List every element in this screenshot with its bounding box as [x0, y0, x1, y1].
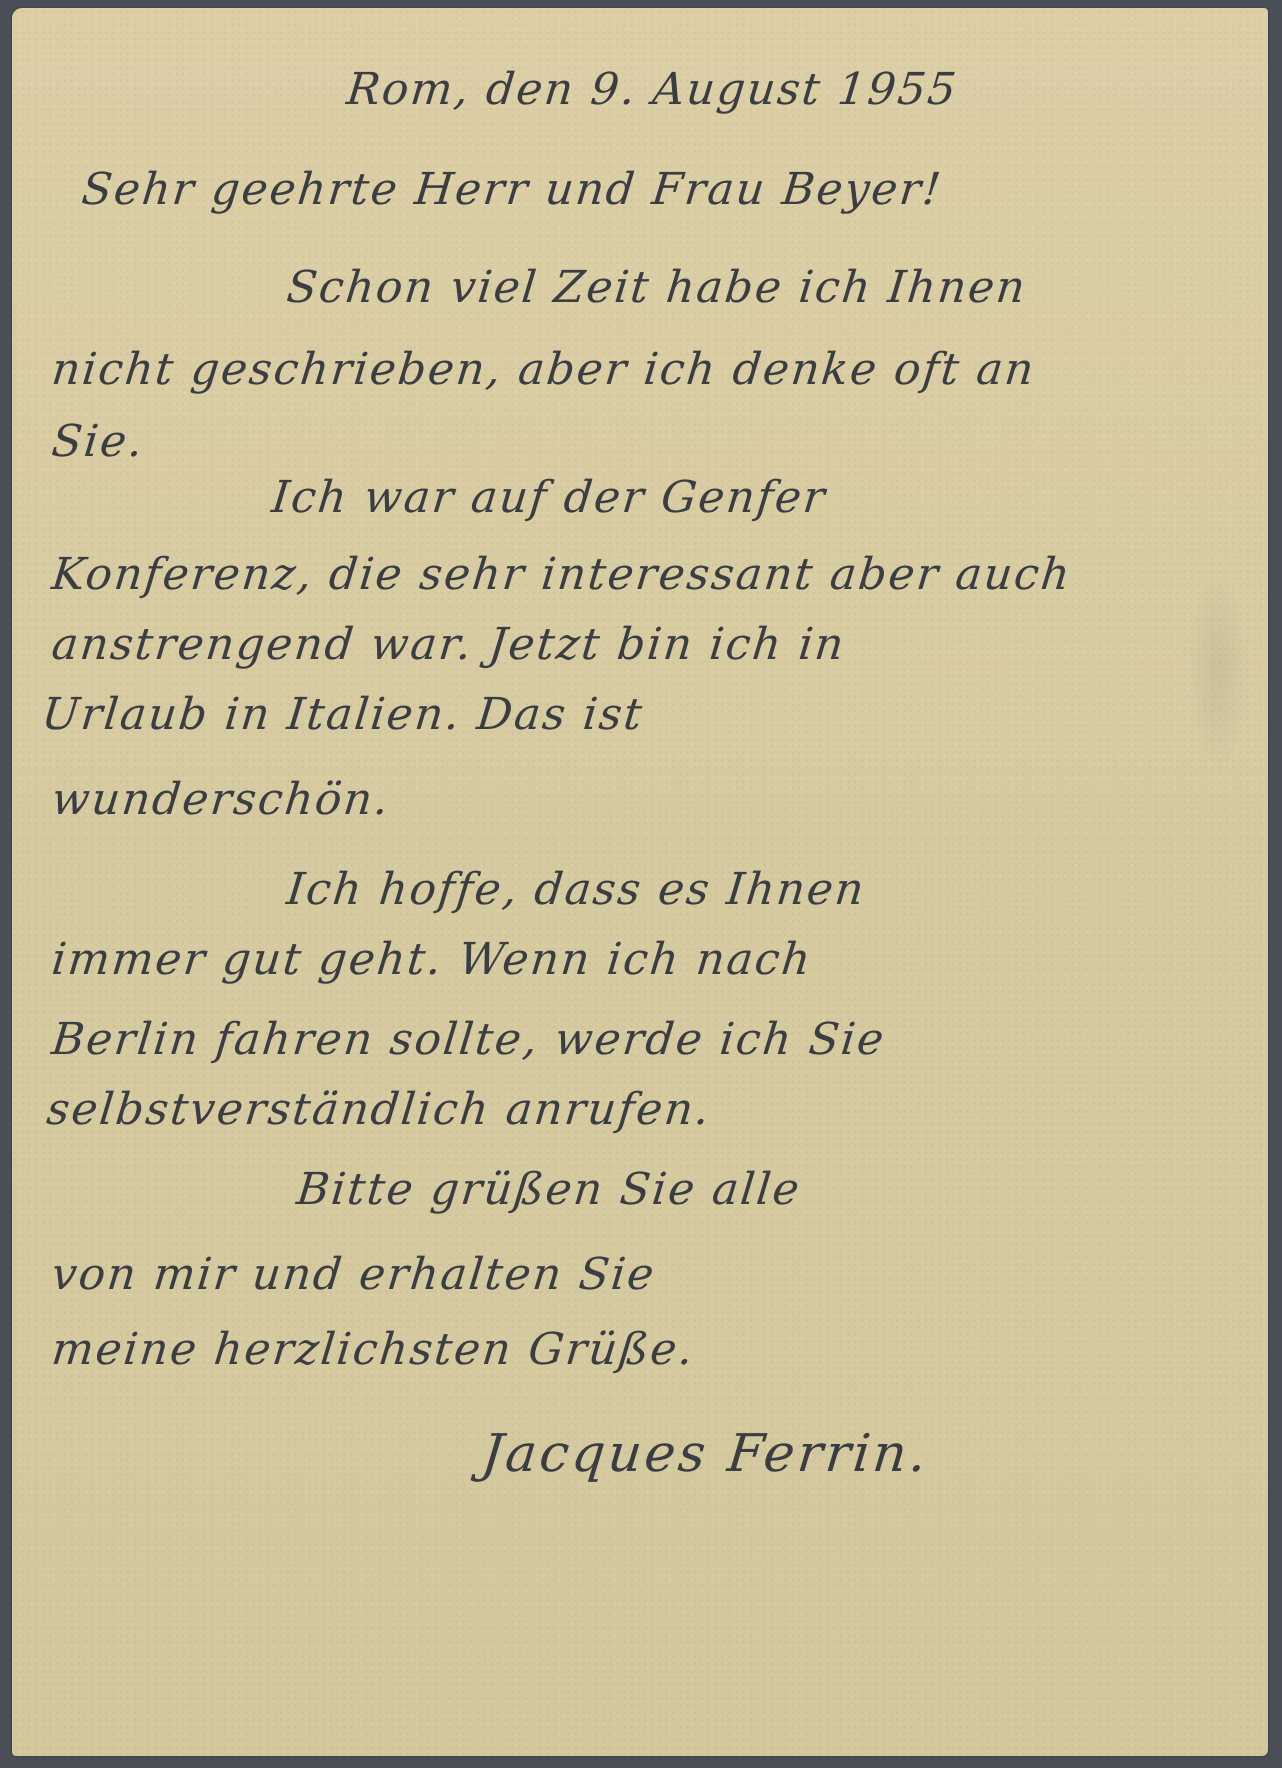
date-line: Rom, den 9. August 1955	[345, 68, 960, 112]
body-line: nicht geschrieben, aber ich denke oft an	[50, 348, 1038, 392]
body-line: Urlaub in Italien. Das ist	[40, 693, 646, 737]
body-line: anstrengend war. Jetzt bin ich in	[50, 623, 848, 667]
body-line: Konferenz, die sehr interessant aber auc…	[50, 553, 1074, 597]
signature: Jacques Ferrin.	[479, 1428, 932, 1480]
body-line: immer gut geht. Wenn ich nach	[50, 938, 814, 982]
body-line: meine herzlichsten Grüße.	[50, 1328, 697, 1372]
salutation: Sehr geehrte Herr und Frau Beyer!	[80, 168, 945, 212]
postcard: Rom, den 9. August 1955 Sehr geehrte Her…	[12, 8, 1268, 1756]
body-line: Berlin fahren sollte, werde ich Sie	[50, 1018, 888, 1062]
paper-smudge	[1188, 568, 1248, 768]
body-line: selbstverständlich anrufen.	[45, 1088, 713, 1132]
body-line: wunderschön.	[50, 778, 393, 822]
body-line: Bitte grüßen Sie alle	[295, 1168, 803, 1212]
body-line: Schon viel Zeit habe ich Ihnen	[285, 266, 1029, 310]
body-line: von mir und erhalten Sie	[50, 1253, 658, 1297]
body-line: Sie.	[50, 420, 147, 464]
body-line: Ich hoffe, dass es Ihnen	[285, 868, 868, 912]
body-line: Ich war auf der Genfer	[270, 476, 829, 520]
